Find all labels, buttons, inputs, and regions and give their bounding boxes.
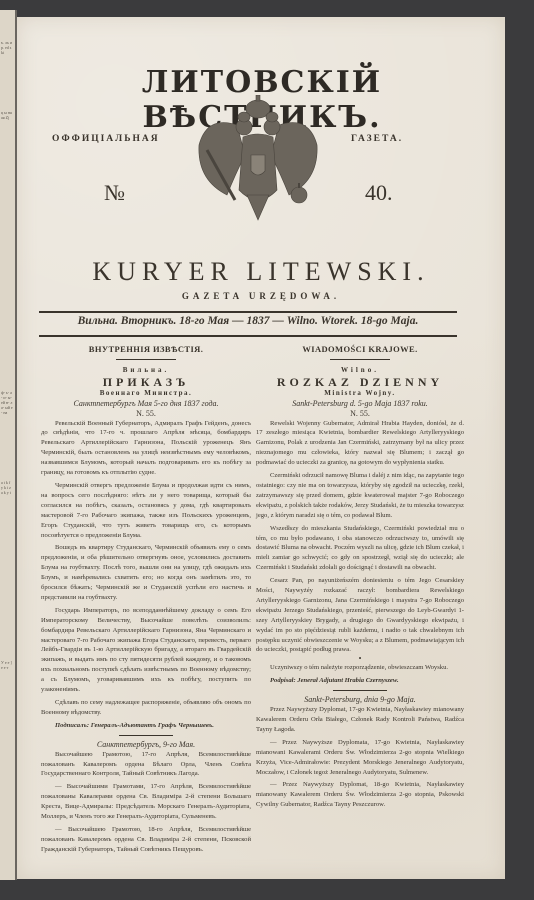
separator-rule <box>333 690 387 691</box>
article-paragraph: Rewelski Wojenny Gubernator, Admirał Hra… <box>256 419 464 469</box>
place-date: Sankt-Petersburg d. 5-go Maja 1837 roku. <box>256 399 464 409</box>
signature-text: Подписалъ: Генералъ-Адъютантъ Графъ Черн… <box>55 722 214 729</box>
order-title: ROZKAZ DZIENNY <box>256 376 464 389</box>
article-paragraph: Сдѣлавъ по сему надлежащее распоряженіе,… <box>41 698 251 718</box>
article-paragraph: Высочайшею Грамотою, 17-го Апрѣля, Всеми… <box>41 750 251 780</box>
article-paragraph: Czermiński odrzucił namowę Bluma i daléj… <box>256 471 464 521</box>
section-title: ВНУТРЕННІЯ ИЗВѢСТІЯ. <box>41 345 251 355</box>
signature: Подписалъ: Генералъ-Адъютантъ Графъ Черн… <box>41 721 251 731</box>
article-paragraph: Ревельскій Военный Губернаторъ, Адмиралъ… <box>41 419 251 478</box>
article-paragraph: — Высочайшими Грамотами, 17-го Апрѣля, В… <box>41 782 251 822</box>
place-date: Санктпетербургъ Мая 5-го дня 1837 года. <box>41 399 251 409</box>
article-paragraph: Cesarz Pan, po nayuniżeńszém doniesieniu… <box>256 576 464 655</box>
previous-page-text-fragment: a t k f y k i z a k y t <box>1 480 13 495</box>
dateline-bottom-rule <box>39 335 457 337</box>
order-title: ПРИКАЗЪ <box>41 376 251 389</box>
dateline-top-rule <box>39 311 457 313</box>
section-rule <box>116 359 176 360</box>
article-paragraph: — Przez Naywyższe Dyplomata, 17-go Kwiet… <box>256 738 464 778</box>
newspaper-page: ЛИТОВСКІЙ ВѢСТНИКЪ. ОФФИЦІАЛЬНАЯ ГАЗЕТА. <box>17 17 505 879</box>
issue-number: 40. <box>365 180 393 206</box>
signature-text: Podpisał: Jenerał Adjutant Hrabia Czerny… <box>270 677 399 684</box>
dot-separator: • <box>256 655 464 663</box>
previous-page-text-fragment: ъ. ль ир. ed ski <box>1 40 13 55</box>
section-title: WIADOMOŚCI KRAJOWE. <box>256 345 464 355</box>
article-paragraph: — Przez Naywyższy Dyplomat, 18-go Kwietn… <box>256 780 464 810</box>
double-headed-eagle-icon <box>187 95 329 225</box>
right-column-polish: WIADOMOŚCI KRAJOWE. Wilno. ROZKAZ DZIENN… <box>256 345 464 810</box>
order-number: N. 55. <box>41 409 251 419</box>
issue-number-label: № <box>104 180 125 206</box>
article-paragraph: Черминскій отвергъ предложеніе Блума и п… <box>41 481 251 540</box>
place-date-2: Sankt-Petersburg, dnia 9-go Maja. <box>256 695 464 705</box>
dateline: Вильна. Вторникъ. 18-го Мая — 1837 — Wil… <box>39 315 457 327</box>
previous-page-edge: ъ. ль ир. ed ski ц ы ня ая Zj ф- ь- а- и… <box>0 10 17 880</box>
article-paragraph: Вошедъ въ квартиру Студанскаго, Черминск… <box>41 543 251 602</box>
article-paragraph: Государь Императоръ, по всеподданнѣйшему… <box>41 606 251 695</box>
place-date-2: Санктпетербургъ, 9-го Мая. <box>41 740 251 750</box>
previous-page-text-fragment: ф- ь- а- и- ы- ей н- ла- ый е- на <box>1 390 13 415</box>
gazette-label-russian: ГАЗЕТА. <box>351 134 403 144</box>
ministry-heading: Военнаго Министра. <box>41 389 251 399</box>
masthead-subtitle-polish: GAZETA URZĘDOWA. <box>77 291 445 301</box>
left-column-russian: ВНУТРЕННІЯ ИЗВѢСТІЯ. Вильна. ПРИКАЗЪ Вое… <box>41 345 251 855</box>
article-paragraph: Przez Naywyższy Dyplomat, 17-go Kwietnia… <box>256 705 464 735</box>
signature: Podpisał: Jenerał Adjutant Hrabia Czerny… <box>256 676 464 686</box>
section-rule <box>330 359 390 360</box>
article-paragraph: Wszedłszy do mieszkania Studańskiego, Cz… <box>256 524 464 574</box>
previous-page-text-fragment: ц ы ня ая Zj <box>1 110 13 120</box>
article-paragraph: Uczyniwszy o tém należyte rozporządzenie… <box>256 663 464 673</box>
masthead-title-polish: KURYER LITEWSKI. <box>72 257 450 287</box>
order-number: N. 55. <box>256 409 464 419</box>
official-label: ОФФИЦІАЛЬНАЯ <box>52 134 160 144</box>
previous-page-text-fragment: У е е ] е е т <box>1 660 13 670</box>
ministry-heading: Ministra Wojny. <box>256 389 464 399</box>
article-paragraph: — Высочайшею Грамотою, 18-го Апрѣля, Все… <box>41 825 251 855</box>
separator-rule <box>119 735 173 736</box>
